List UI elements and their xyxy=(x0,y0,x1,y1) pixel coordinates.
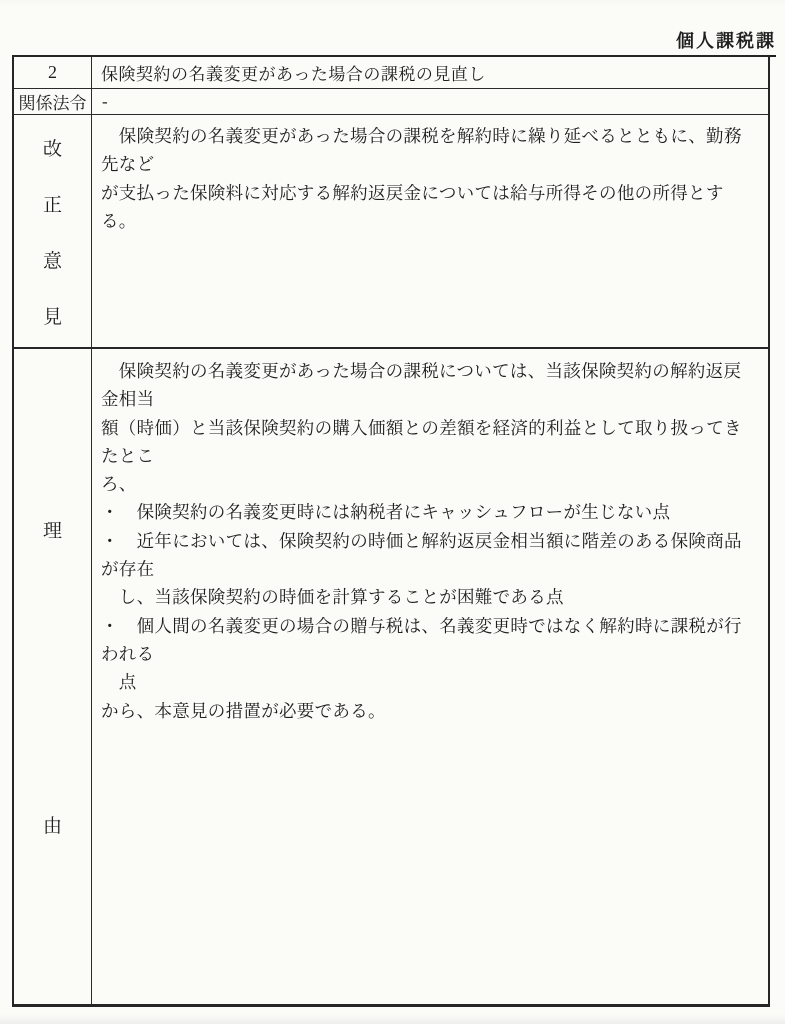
reason-text-line: 額（時価）と当該保険契約の購入価額との差額を経済的利益として取り扱ってきたとこ xyxy=(101,414,756,471)
opinion-text-line: 保険契約の名義変更があった場合の課税を解約時に繰り延べるとともに、勤務先など xyxy=(101,122,756,179)
reason-text-line: ・ 保険契約の名義変更時には納税者にキャッシュフローが生じない点 xyxy=(101,498,756,526)
reason-label-cell: 理 由 xyxy=(14,347,91,1004)
opinion-label-char: 見 xyxy=(43,302,62,329)
reason-text-line: ろ、 xyxy=(101,470,756,498)
opinion-label-char: 正 xyxy=(43,190,62,217)
reason-text-line: ・ 近年においては、保険契約の時価と解約返戻金相当額に階差のある保険商品が存在 xyxy=(101,527,756,584)
related-laws-label-cell: 関係法令 xyxy=(14,88,91,114)
department-label: 個人課税課 xyxy=(676,27,776,57)
document-table: 2 保険契約の名義変更があった場合の課税の見直し 関係法令 - 改 正 意 見 … xyxy=(12,55,770,1007)
reason-text-line: 保険契約の名義変更があった場合の課税については、当該保険契約の解約返戻金相当 xyxy=(101,357,756,414)
reason-text-line: ・ 個人間の名義変更の場合の贈与税は、名義変更時ではなく解約時に課税が行われる xyxy=(101,612,756,669)
opinion-body-cell: 保険契約の名義変更があった場合の課税を解約時に繰り延べるとともに、勤務先など が… xyxy=(91,114,768,347)
related-laws-value-cell: - xyxy=(91,88,768,114)
reason-text-line: し、当該保険契約の時価を計算することが困難である点 xyxy=(101,583,756,611)
related-laws-label: 関係法令 xyxy=(19,89,87,114)
reason-label-char: 由 xyxy=(43,811,62,838)
related-laws-value: - xyxy=(102,92,108,112)
reason-text-line: 点 xyxy=(101,668,756,696)
scanned-document-page: { "header": { "department": "個人課税課" }, "… xyxy=(0,0,785,1024)
opinion-label-cell: 改 正 意 見 xyxy=(14,114,91,347)
item-number: 2 xyxy=(48,62,57,83)
reason-label-char: 理 xyxy=(43,516,62,543)
reason-text-line: から、本意見の措置が必要である。 xyxy=(101,697,756,725)
opinion-text-line: が支払った保険料に対応する解約返戻金については給与所得その他の所得とする。 xyxy=(101,179,756,236)
opinion-label-char: 改 xyxy=(43,134,62,161)
item-title: 保険契約の名義変更があった場合の課税の見直し xyxy=(101,60,486,85)
opinion-label-char: 意 xyxy=(43,246,62,273)
item-title-cell: 保険契約の名義変更があった場合の課税の見直し xyxy=(91,57,768,88)
reason-body-cell: 保険契約の名義変更があった場合の課税については、当該保険契約の解約返戻金相当 額… xyxy=(91,347,768,1004)
item-number-cell: 2 xyxy=(14,57,91,88)
